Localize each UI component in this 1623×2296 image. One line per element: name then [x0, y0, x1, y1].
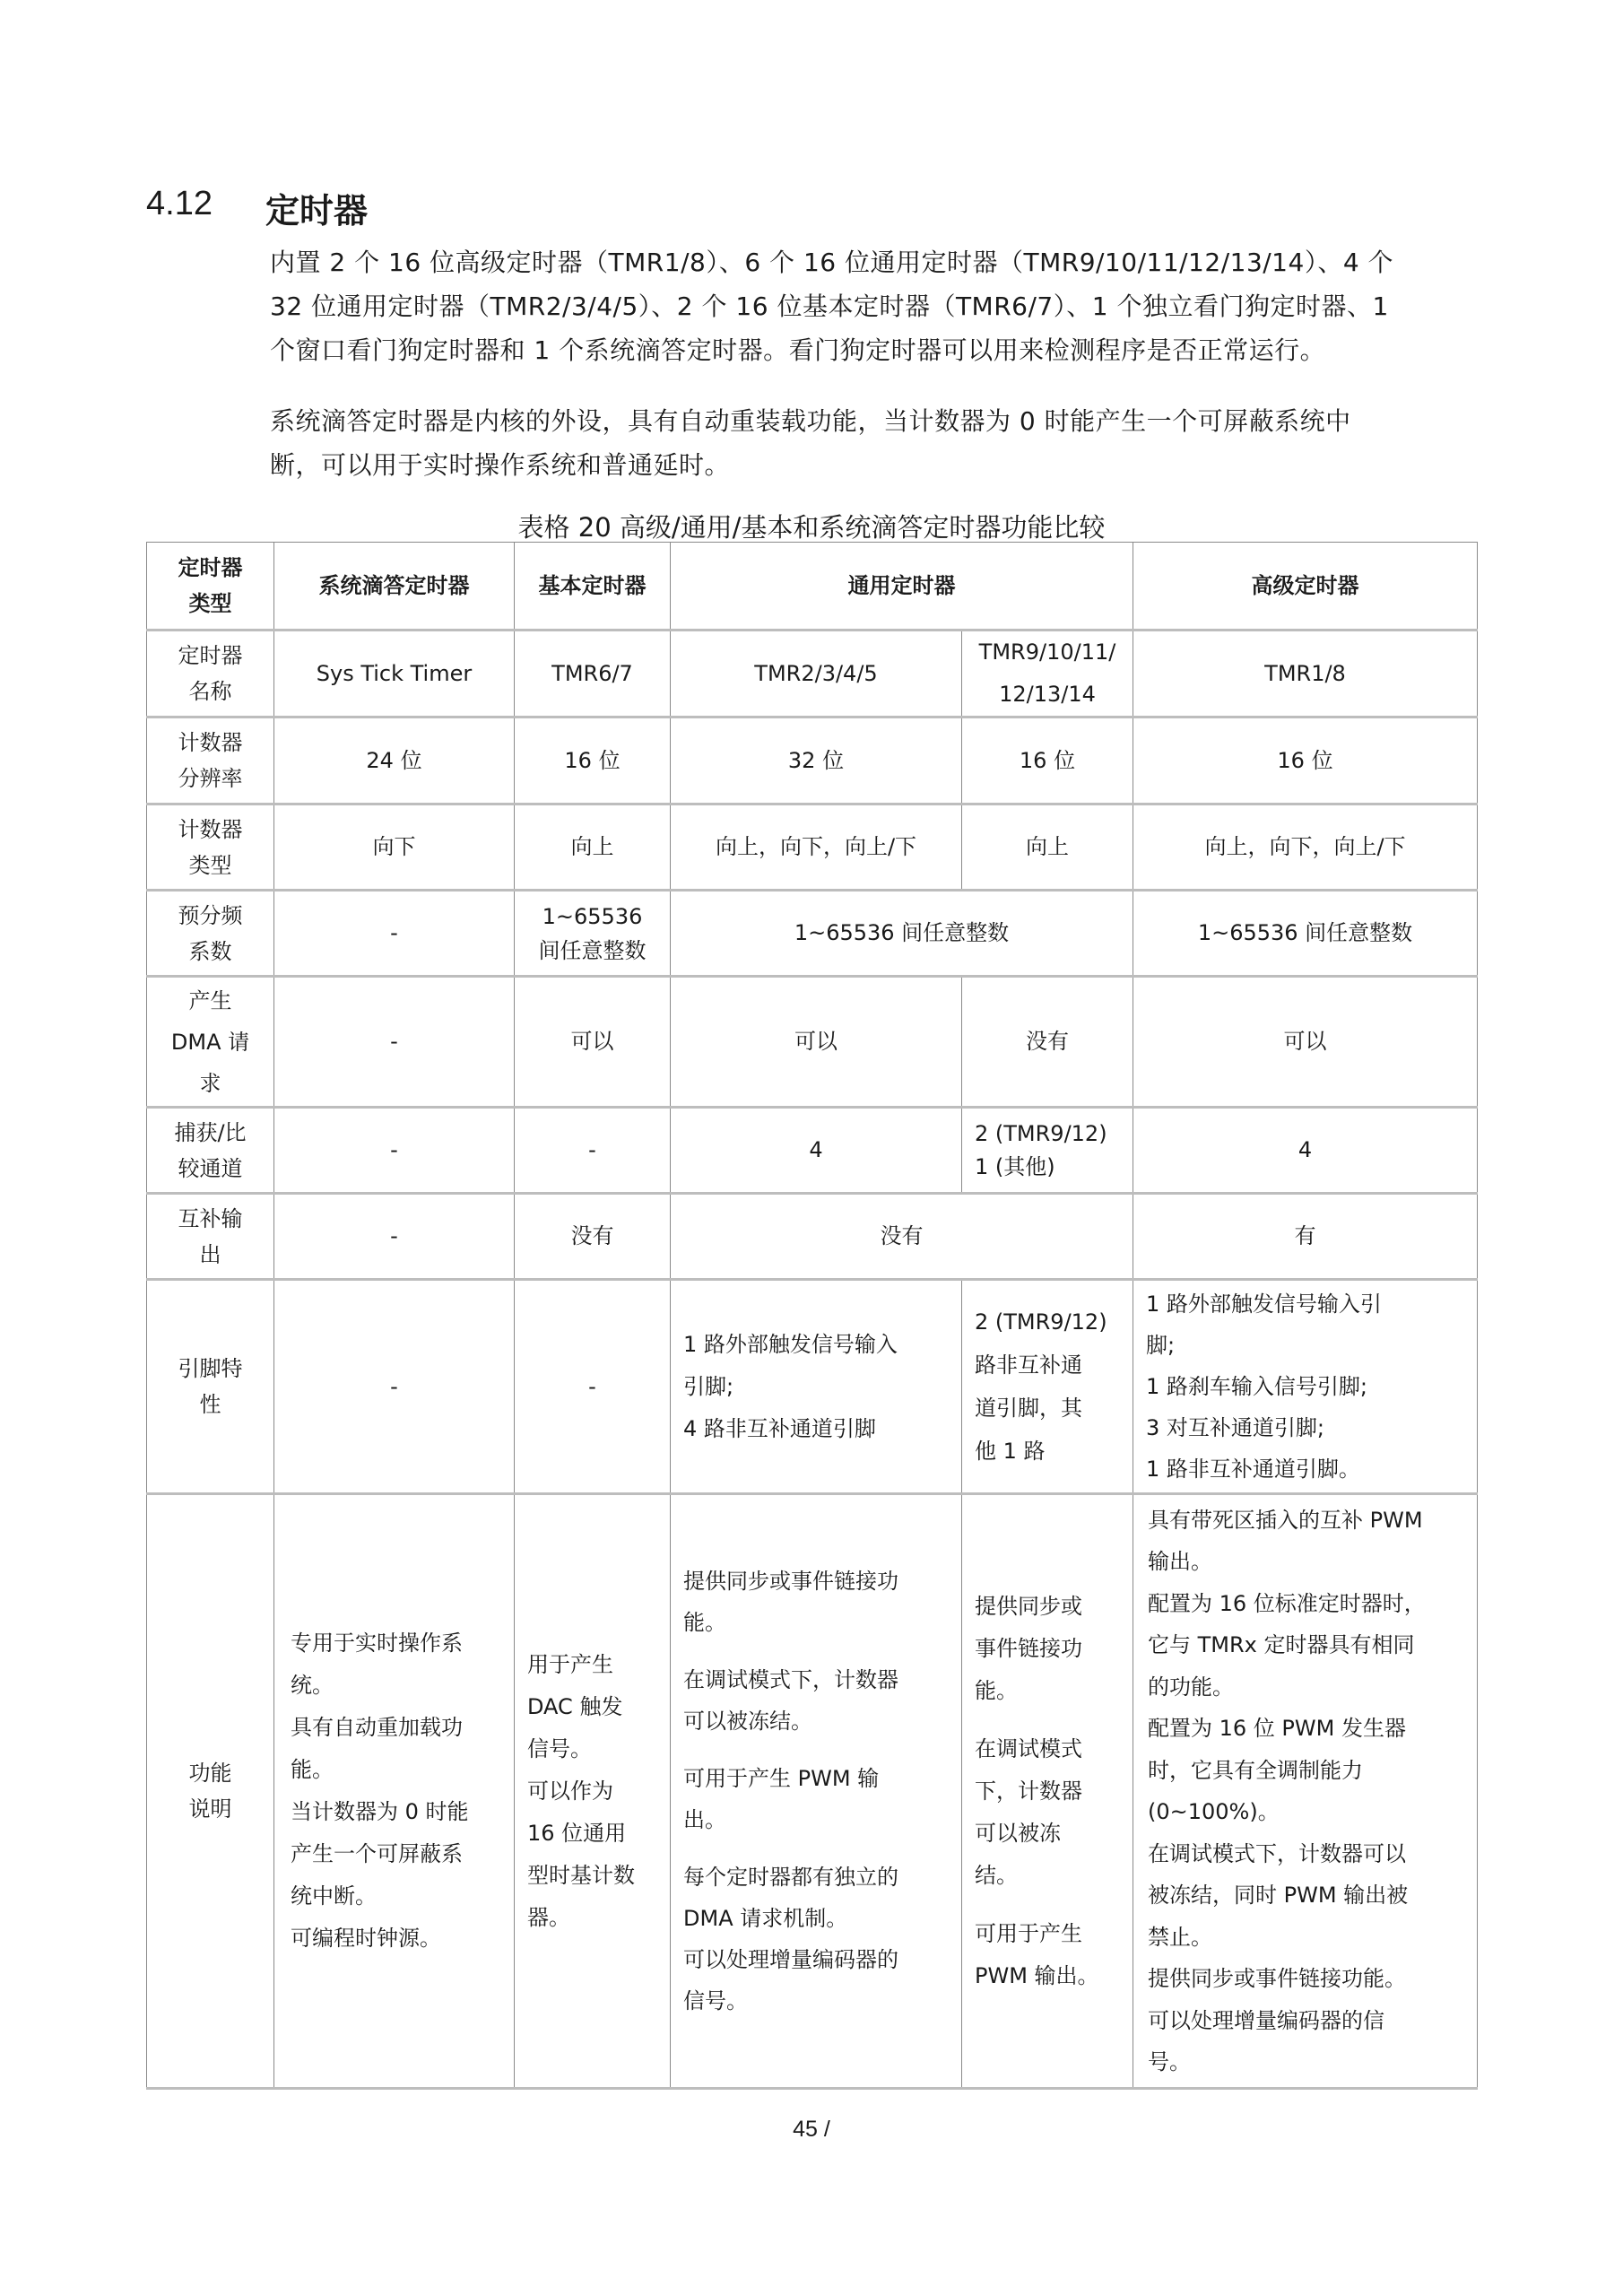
cell-general: 1~65536 间任意整数: [671, 891, 1133, 977]
row-label: 预分频 系数: [147, 891, 274, 977]
cell-line: 被冻结，同时 PWM 输出被: [1148, 1874, 1464, 1917]
cell-line: 提供同步或事件链接功: [683, 1561, 949, 1602]
cell-line: TMR9/10/11/: [975, 631, 1120, 674]
cell-general16: TMR9/10/11/ 12/13/14: [962, 631, 1133, 717]
cell-advanced: 有: [1133, 1194, 1478, 1280]
timer-comparison-table: 定时器 类型 系统滴答定时器 基本定时器 通用定时器 高级定时器 定时器 名称 …: [146, 542, 1478, 2090]
cell-line: 产生一个可屏蔽系: [291, 1833, 501, 1875]
cell-line: 出。: [683, 1799, 949, 1840]
cell-line: 在调试模式下，计数器可以: [1148, 1833, 1464, 1875]
cell-line: 12/13/14: [975, 674, 1120, 716]
cell-line: 1 路非互补通道引脚。: [1146, 1448, 1464, 1490]
table-row: 功能 说明 专用于实时操作系 统。 具有自动重加载功 能。 当计数器为 0 时能…: [147, 1494, 1478, 2089]
cell-line: 统中断。: [291, 1875, 501, 1918]
row-label: 互补输 出: [147, 1194, 274, 1280]
cell-line: 用于产生: [527, 1644, 657, 1686]
row-label: 定时器 名称: [147, 631, 274, 717]
cell-line: 提供同步或: [975, 1586, 1120, 1628]
cell-general32: 向上，向下，向上/下: [671, 804, 962, 891]
cell-line: 输出。: [1148, 1541, 1464, 1583]
cell-line: 每个定时器都有独立的: [683, 1857, 949, 1898]
systick-paragraph: 系统滴答定时器是内核的外设，具有自动重装载功能，当计数器为 0 时能产生一个可屏…: [270, 399, 1480, 487]
cell-line: 能。: [975, 1670, 1120, 1712]
cell-advanced: 1~65536 间任意整数: [1133, 891, 1478, 977]
cell-systick: 专用于实时操作系 统。 具有自动重加载功 能。 当计数器为 0 时能 产生一个可…: [274, 1494, 515, 2089]
cell-line: 器。: [527, 1897, 657, 1939]
cell-basic: 用于产生 DAC 触发 信号。 可以作为 16 位通用 型时基计数 器。: [515, 1494, 671, 2089]
cell-line: 能。: [683, 1602, 949, 1643]
row-label: 功能 说明: [147, 1494, 274, 2089]
cell-general16: 2 (TMR9/12) 1 (其他): [962, 1108, 1133, 1194]
label-line: 互补输: [152, 1201, 268, 1237]
cell-basic: -: [515, 1280, 671, 1494]
cell-line: 2 (TMR9/12): [975, 1118, 1120, 1151]
cell-general32: 提供同步或事件链接功 能。 在调试模式下，计数器 可以被冻结。 可用于产生 PW…: [671, 1494, 962, 2089]
cell-line: 专用于实时操作系: [291, 1622, 501, 1665]
cell-systick: Sys Tick Timer: [274, 631, 515, 717]
label-line: 求: [152, 1063, 268, 1104]
table-header-row: 定时器 类型 系统滴答定时器 基本定时器 通用定时器 高级定时器: [147, 543, 1478, 631]
header-systick: 系统滴答定时器: [274, 543, 515, 631]
cell-line: 1~65536: [527, 900, 657, 934]
cell-advanced: 1 路外部触发信号输入引 脚; 1 路刹车输入信号引脚; 3 对互补通道引脚; …: [1133, 1280, 1478, 1494]
cell-line: 禁止。: [1148, 1917, 1464, 1959]
cell-line: 2 (TMR9/12): [975, 1300, 1120, 1344]
cell-systick: -: [274, 1194, 515, 1280]
cell-systick: -: [274, 891, 515, 977]
cell-line: 1 路外部触发信号输入引: [1146, 1283, 1464, 1325]
cell-general16: 提供同步或 事件链接功 能。 在调试模式 下，计数器 可以被冻 结。 可用于产生…: [962, 1494, 1133, 2089]
cell-line: 脚;: [1146, 1325, 1464, 1366]
cell-line: 它与 TMRx 定时器具有相同: [1148, 1624, 1464, 1666]
paragraph-line: 内置 2 个 16 位高级定时器（TMR1/8）、6 个 16 位通用定时器（T…: [270, 240, 1480, 284]
label-line: 类型: [152, 848, 268, 883]
cell-advanced: 可以: [1133, 977, 1478, 1108]
cell-systick: -: [274, 977, 515, 1108]
header-general: 通用定时器: [671, 543, 1133, 631]
label-line: 计数器: [152, 725, 268, 761]
cell-line: (0~100%)。: [1148, 1791, 1464, 1833]
cell-line: 信号。: [527, 1728, 657, 1770]
cell-line: 能。: [291, 1749, 501, 1791]
table-row: 计数器 类型 向下 向上 向上，向下，向上/下 向上 向上，向下，向上/下: [147, 804, 1478, 891]
cell-line: 具有自动重加载功: [291, 1707, 501, 1749]
cell-general16: 向上: [962, 804, 1133, 891]
cell-advanced: 向上，向下，向上/下: [1133, 804, 1478, 891]
cell-basic: TMR6/7: [515, 631, 671, 717]
cell-line: 时，它具有全调制能力: [1148, 1750, 1464, 1792]
table-row: 计数器 分辨率 24 位 16 位 32 位 16 位 16 位: [147, 717, 1478, 804]
row-label: 捕获/比 较通道: [147, 1108, 274, 1194]
cell-line: DMA 请求机制。: [683, 1898, 949, 1939]
paragraph-gap: [975, 1712, 1120, 1728]
cell-systick: 向下: [274, 804, 515, 891]
section-number: 4.12: [146, 185, 213, 223]
cell-line: 提供同步或事件链接功能。: [1148, 1958, 1464, 2000]
label-line: 产生: [152, 980, 268, 1022]
label-line: 预分频: [152, 898, 268, 934]
cell-basic: 向上: [515, 804, 671, 891]
header-basic: 基本定时器: [515, 543, 671, 631]
cell-line: 可编程时钟源。: [291, 1918, 501, 1960]
cell-basic: 没有: [515, 1194, 671, 1280]
cell-general32: 4: [671, 1108, 962, 1194]
label-line: 功能: [152, 1755, 268, 1791]
cell-line: 在调试模式下，计数器: [683, 1659, 949, 1700]
label-line: 定时器: [152, 550, 268, 586]
cell-basic: 1~65536 间任意整数: [515, 891, 671, 977]
label-line: DMA 请: [152, 1022, 268, 1063]
paragraph-gap: [683, 1840, 949, 1857]
table-caption: 表格 20 高级/通用/基本和系统滴答定时器功能比较: [0, 508, 1623, 544]
cell-line: 统。: [291, 1665, 501, 1707]
cell-line: 间任意整数: [527, 934, 657, 968]
cell-line: 的功能。: [1148, 1666, 1464, 1709]
cell-line: 可以作为: [527, 1770, 657, 1813]
table-row: 互补输 出 - 没有 没有 有: [147, 1194, 1478, 1280]
cell-advanced: TMR1/8: [1133, 631, 1478, 717]
cell-line: 当计数器为 0 时能: [291, 1791, 501, 1833]
cell-line: 引脚;: [683, 1366, 949, 1408]
label-line: 较通道: [152, 1151, 268, 1187]
cell-general16: 2 (TMR9/12) 路非互补通 道引脚，其 他 1 路: [962, 1280, 1133, 1494]
header-advanced: 高级定时器: [1133, 543, 1478, 631]
label-line: 捕获/比: [152, 1115, 268, 1151]
cell-line: 4 路非互补通道引脚: [683, 1408, 949, 1450]
paragraph-gap: [975, 1897, 1120, 1913]
label-line: 类型: [152, 586, 268, 622]
cell-advanced: 具有带死区插入的互补 PWM 输出。 配置为 16 位标准定时器时， 它与 TM…: [1133, 1494, 1478, 2089]
row-label: 定时器 类型: [147, 543, 274, 631]
cell-line: 在调试模式: [975, 1728, 1120, 1770]
cell-line: 型时基计数: [527, 1855, 657, 1897]
label-line: 名称: [152, 674, 268, 709]
row-label: 引脚特 性: [147, 1280, 274, 1494]
cell-line: PWM 输出。: [975, 1955, 1120, 1997]
cell-line: 配置为 16 位 PWM 发生器: [1148, 1708, 1464, 1750]
cell-line: 可以处理增量编码器的信: [1148, 2000, 1464, 2042]
label-line: 说明: [152, 1791, 268, 1827]
cell-basic: 可以: [515, 977, 671, 1108]
paragraph-line: 系统滴答定时器是内核的外设，具有自动重装载功能，当计数器为 0 时能产生一个可屏…: [270, 399, 1480, 443]
cell-systick: 24 位: [274, 717, 515, 804]
cell-line: 路非互补通: [975, 1344, 1120, 1387]
cell-line: 可用于产生: [975, 1913, 1120, 1955]
paragraph-gap: [683, 1643, 949, 1659]
cell-general32: 1 路外部触发信号输入 引脚; 4 路非互补通道引脚: [671, 1280, 962, 1494]
page-number: 45 /: [0, 2117, 1623, 2143]
cell-general16: 16 位: [962, 717, 1133, 804]
cell-general16: 没有: [962, 977, 1133, 1108]
paragraph-gap: [683, 1742, 949, 1758]
cell-line: 信号。: [683, 1980, 949, 2022]
cell-line: 可以被冻结。: [683, 1700, 949, 1742]
label-line: 分辨率: [152, 761, 268, 796]
cell-line: 配置为 16 位标准定时器时，: [1148, 1583, 1464, 1625]
label-line: 性: [152, 1387, 268, 1422]
cell-line: 可以处理增量编码器的: [683, 1939, 949, 1980]
row-label: 计数器 分辨率: [147, 717, 274, 804]
table-row: 产生 DMA 请 求 - 可以 可以 没有 可以: [147, 977, 1478, 1108]
paragraph-line: 个窗口看门狗定时器和 1 个系统滴答定时器。看门狗定时器可以用来检测程序是否正常…: [270, 328, 1480, 372]
table-row: 预分频 系数 - 1~65536 间任意整数 1~65536 间任意整数 1~6…: [147, 891, 1478, 977]
row-label: 计数器 类型: [147, 804, 274, 891]
label-line: 计数器: [152, 812, 268, 848]
cell-line: 1 路刹车输入信号引脚;: [1146, 1366, 1464, 1407]
cell-line: 事件链接功: [975, 1628, 1120, 1670]
cell-advanced: 4: [1133, 1108, 1478, 1194]
cell-basic: -: [515, 1108, 671, 1194]
cell-line: 下，计数器: [975, 1770, 1120, 1813]
cell-line: DAC 触发: [527, 1686, 657, 1728]
table-row: 捕获/比 较通道 - - 4 2 (TMR9/12) 1 (其他) 4: [147, 1108, 1478, 1194]
cell-general32: TMR2/3/4/5: [671, 631, 962, 717]
row-label: 产生 DMA 请 求: [147, 977, 274, 1108]
label-line: 定时器: [152, 638, 268, 674]
cell-line: 道引脚，其: [975, 1387, 1120, 1430]
paragraph-line: 32 位通用定时器（TMR2/3/4/5）、2 个 16 位基本定时器（TMR6…: [270, 284, 1480, 328]
cell-general: 没有: [671, 1194, 1133, 1280]
cell-systick: -: [274, 1280, 515, 1494]
cell-general32: 可以: [671, 977, 962, 1108]
section-title: 定时器: [265, 183, 368, 232]
cell-line: 具有带死区插入的互补 PWM: [1148, 1500, 1464, 1542]
intro-paragraph: 内置 2 个 16 位高级定时器（TMR1/8）、6 个 16 位通用定时器（T…: [270, 240, 1480, 372]
table-row: 定时器 名称 Sys Tick Timer TMR6/7 TMR2/3/4/5 …: [147, 631, 1478, 717]
cell-basic: 16 位: [515, 717, 671, 804]
label-line: 引脚特: [152, 1351, 268, 1387]
cell-line: 3 对互补通道引脚;: [1146, 1407, 1464, 1448]
cell-systick: -: [274, 1108, 515, 1194]
table-row: 引脚特 性 - - 1 路外部触发信号输入 引脚; 4 路非互补通道引脚 2 (…: [147, 1280, 1478, 1494]
cell-line: 他 1 路: [975, 1430, 1120, 1473]
label-line: 系数: [152, 934, 268, 970]
cell-general32: 32 位: [671, 717, 962, 804]
cell-line: 可以被冻: [975, 1813, 1120, 1855]
paragraph-line: 断，可以用于实时操作系统和普通延时。: [270, 443, 1480, 487]
cell-line: 结。: [975, 1855, 1120, 1897]
cell-line: 1 (其他): [975, 1151, 1120, 1184]
cell-line: 1 路外部触发信号输入: [683, 1324, 949, 1366]
cell-line: 16 位通用: [527, 1813, 657, 1855]
label-line: 出: [152, 1237, 268, 1273]
cell-advanced: 16 位: [1133, 717, 1478, 804]
cell-line: 可用于产生 PWM 输: [683, 1758, 949, 1799]
cell-line: 号。: [1148, 2041, 1464, 2083]
